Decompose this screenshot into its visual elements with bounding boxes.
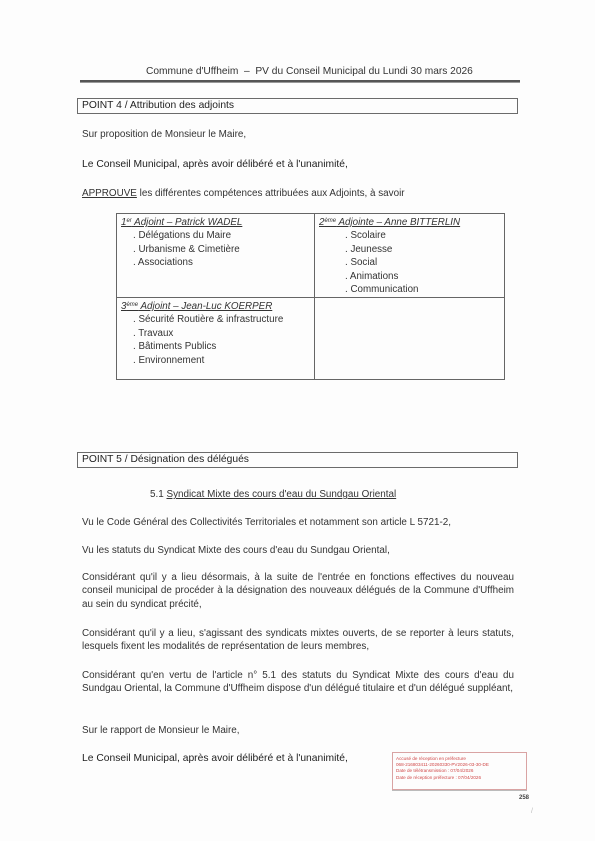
point5-paragraph: Vu les statuts du Syndicat Mixte des cou… [82,544,514,557]
approve-keyword: APPROUVE [82,188,137,199]
adjoint-2-competences: . Scolaire . Jeunesse . Social . Animati… [319,229,501,297]
adjoint-cell-3: 3ème Adjoint – Jean-Luc KOERPER . Sécuri… [117,298,315,380]
header-separator: – [244,66,250,77]
adjoints-table: 1er Adjoint – Patrick WADEL . Délégation… [116,213,505,380]
point5-paragraph: Considérant qu'en vertu de l'article n° … [82,669,514,696]
adjoint-2-title: 2ème Adjointe – Anne BITTERLIN [319,215,501,229]
adjoint-1-competences: . Délégations du Maire . Urbanisme & Cim… [121,229,311,270]
prefecture-receipt-stamp: Accusé de réception en préfecture 068-21… [392,752,527,790]
point4-approval: APPROUVE les différentes compétences att… [82,187,514,200]
adjoint-3-title: 3ème Adjoint – Jean-Luc KOERPER [121,299,311,313]
competence-item: . Communication [345,283,501,297]
competence-item: . Bâtiments Publics [133,340,311,354]
competence-item: . Sécurité Routière & infrastructure [133,313,311,327]
point5-subsection-title: 5.1 Syndicat Mixte des cours d'eau du Su… [150,489,396,500]
competence-item: . Délégations du Maire [133,229,311,243]
header-commune: Commune d'Uffheim [146,66,238,77]
competence-item: . Scolaire [345,229,501,243]
point5-paragraph: Considérant qu'il y a lieu, s'agissant d… [82,627,514,654]
competence-item: . Jeunesse [345,243,501,257]
point5-heading: POINT 5 / Désignation des délégués [77,452,518,468]
page-header: Commune d'Uffheim – PV du Conseil Munici… [146,66,473,77]
point4-heading: POINT 4 / Attribution des adjoints [77,98,518,114]
handwritten-mark: / [531,808,533,815]
point4-council-decision: Le Conseil Municipal, après avoir délibé… [82,158,514,171]
page-number: 258 [519,795,529,801]
header-title: PV du Conseil Municipal du Lundi 30 mars… [255,66,472,77]
competence-item: . Associations [133,256,311,270]
competence-item: . Social [345,256,501,270]
empty-cell [315,298,505,380]
approval-text: les différentes compétences attribuées a… [137,188,405,199]
point5-paragraph: Considérant qu'il y a lieu désormais, à … [82,571,514,611]
point5-paragraph: Sur le rapport de Monsieur le Maire, [82,724,514,737]
competence-item: . Travaux [133,327,311,341]
adjoint-cell-1: 1er Adjoint – Patrick WADEL . Délégation… [117,214,315,298]
adjoint-cell-2: 2ème Adjointe – Anne BITTERLIN . Scolair… [315,214,505,298]
point5-paragraph: Vu le Code Général des Collectivités Ter… [82,516,514,529]
competence-item: . Urbanisme & Cimetière [133,243,311,257]
adjoint-1-title: 1er Adjoint – Patrick WADEL [121,215,311,229]
point4-proposal: Sur proposition de Monsieur le Maire, [82,128,514,141]
adjoint-3-competences: . Sécurité Routière & infrastructure . T… [121,313,311,367]
competence-item: . Animations [345,270,501,284]
header-rule [80,80,520,83]
document-page: Commune d'Uffheim – PV du Conseil Munici… [0,0,595,841]
subsection-name: Syndicat Mixte des cours d'eau du Sundga… [166,489,396,500]
stamp-line: Date de réception préfecture : 07/04/202… [396,775,526,781]
subsection-number: 5.1 [150,489,166,500]
competence-item: . Environnement [133,354,311,368]
